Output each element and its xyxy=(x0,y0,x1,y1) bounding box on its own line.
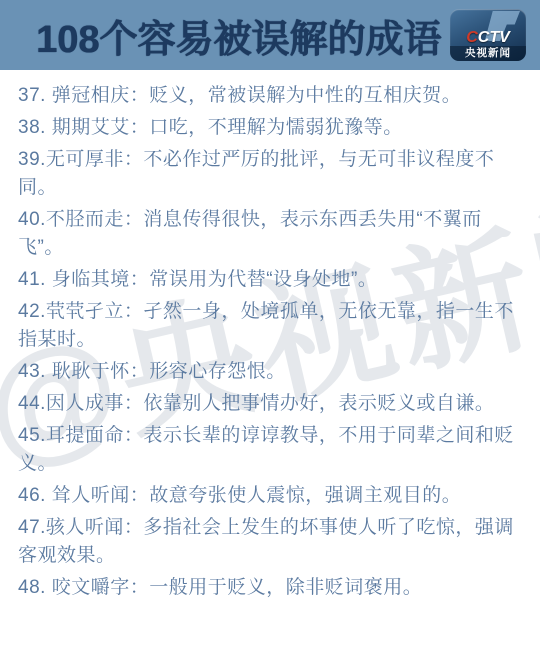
idiom-entry-41: 41. 身临其境：常误用为代替“设身处地”。 xyxy=(18,266,522,294)
cctv-brand-rest: CTV xyxy=(478,29,510,46)
cctv-brand: CCTV xyxy=(450,30,526,46)
idiom-entry-40: 40.不胫而走：消息传得很快，表示东西丢失用“不翼而飞”。 xyxy=(18,206,522,262)
page-title: 108个容易被误解的成语 xyxy=(36,8,441,63)
cctv-brand-c: C xyxy=(466,29,478,46)
idiom-entry-47: 47.骇人听闻：多指社会上发生的坏事使人听了吃惊，强调客观效果。 xyxy=(18,514,522,570)
idiom-entry-42: 42.茕茕孑立：孑然一身，处境孤单，无依无靠，指一生不指某时。 xyxy=(18,298,522,354)
idiom-entry-38: 38. 期期艾艾：口吃，不理解为懦弱犹豫等。 xyxy=(18,114,522,142)
infographic: 108个容易被误解的成语 CCTV 央视新闻 @央视新闻 37. 弹冠相庆：贬义… xyxy=(0,0,540,660)
idiom-entry-43: 43. 耿耿于怀：形容心存怨恨。 xyxy=(18,358,522,386)
idiom-entry-46: 46. 耸人听闻：故意夸张使人震惊，强调主观目的。 xyxy=(18,482,522,510)
idiom-entry-39: 39.无可厚非：不必作过严厉的批评，与无可非议程度不同。 xyxy=(18,146,522,202)
logo-caption: 央视新闻 xyxy=(450,46,526,61)
idiom-entry-37: 37. 弹冠相庆：贬义，常被误解为中性的互相庆贺。 xyxy=(18,82,522,110)
idiom-entry-44: 44.因人成事：依靠别人把事情办好，表示贬义或自谦。 xyxy=(18,390,522,418)
cctv-logo: CCTV 央视新闻 xyxy=(450,9,526,61)
idiom-entry-45: 45.耳提面命：表示长辈的谆谆教导，不用于同辈之间和贬义。 xyxy=(18,422,522,478)
idiom-list: 37. 弹冠相庆：贬义，常被误解为中性的互相庆贺。 38. 期期艾艾：口吃，不理… xyxy=(0,70,540,606)
idiom-entry-48: 48. 咬文嚼字：一般用于贬义，除非贬词褒用。 xyxy=(18,574,522,602)
header-bar: 108个容易被误解的成语 CCTV 央视新闻 xyxy=(0,0,540,70)
